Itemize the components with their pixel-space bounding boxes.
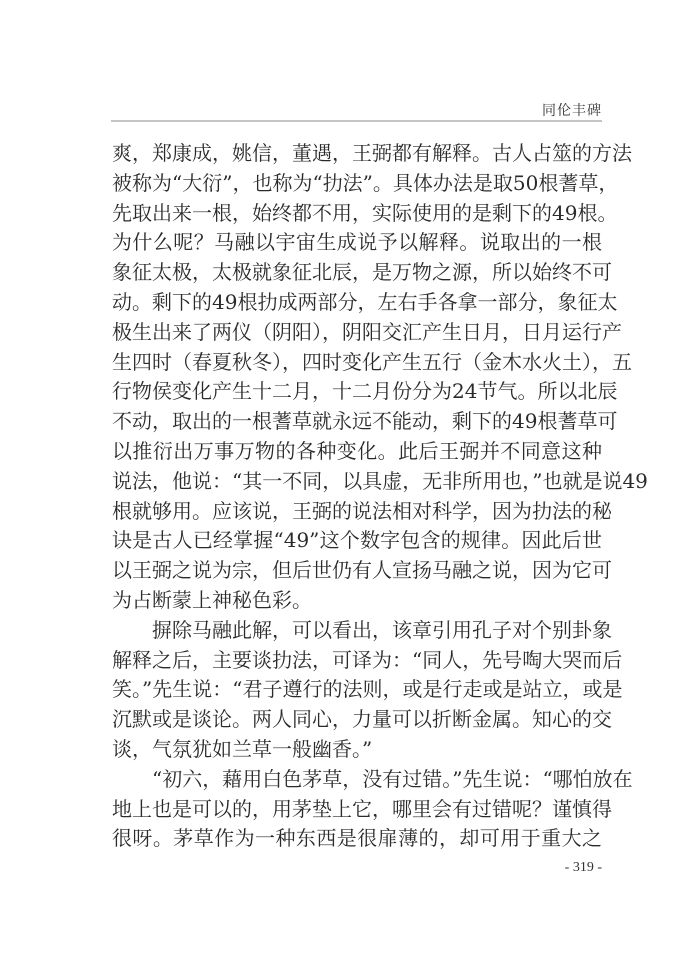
text-line: 爽，郑康成，姚信，董遇，王弼都有解释。古人占筮的方法: [112, 139, 602, 169]
text-line: 说法，他说：“其一不同，以具虚，无非所用也，”也就是说49: [112, 467, 602, 497]
header-rule: [111, 120, 602, 122]
text-line: 不动，取出的一根蓍草就永远不能动，剩下的49根蓍草可: [112, 407, 602, 437]
text-line: 很呀。茅草作为一种东西是很扉薄的，却可用于重大之: [112, 824, 602, 854]
text-line: 解释之后，主要谈扐法，可译为：“同人，先号啕大哭而后: [112, 646, 602, 676]
text-line: 生四时（春夏秋冬），四时变化产生五行（金木水火土），五: [112, 348, 602, 378]
text-line: 以王弼之说为宗，但后世仍有人宣扬马融之说，因为它可: [112, 556, 602, 586]
text-line: 以推衍出万事万物的各种变化。此后王弼并不同意这种: [112, 437, 602, 467]
text-line: 极生出来了两仪（阴阳），阴阳交汇产生日月，日月运行产: [112, 318, 602, 348]
body-text: 爽，郑康成，姚信，董遇，王弼都有解释。古人占筮的方法 被称为“大衍”，也称为“扐…: [112, 139, 602, 854]
text-line: 沉默或是谈论。两人同心，力量可以折断金属。知心的交: [112, 705, 602, 735]
text-line: 象征太极，太极就象征北辰，是万物之源，所以始终不可: [112, 258, 602, 288]
text-line: 动。剩下的49根扐成两部分，左右手各拿一部分，象征太: [112, 288, 602, 318]
text-line: 地上也是可以的，用茅垫上它，哪里会有过错呢？谨慎得: [112, 795, 602, 825]
text-line: 先取出来一根，始终都不用，实际使用的是剩下的49根。: [112, 199, 602, 229]
text-line: 诀是古人已经掌握“49”这个数字包含的规律。因此后世: [112, 526, 602, 556]
text-line: 谈，气氛犹如兰草一般幽香。”: [112, 735, 602, 765]
running-head-title: 同伦丰碑: [542, 100, 602, 120]
text-line: 为什么呢？马融以宇宙生成说予以解释。说取出的一根: [112, 228, 602, 258]
text-line: 被称为“大衍”，也称为“扐法”。具体办法是取50根蓍草，: [112, 169, 602, 199]
text-line: 笑。”先生说：“君子遵行的法则，或是行走或是站立，或是: [112, 675, 602, 705]
text-line: 为占断蒙上神秘色彩。: [112, 586, 602, 616]
text-line: 行物侯变化产生十二月，十二月份分为24节气。所以北辰: [112, 377, 602, 407]
text-line: 根就够用。应该说，王弼的说法相对科学，因为扐法的秘: [112, 497, 602, 527]
paragraph-start-line: “初六，藉用白色茅草，没有过错。”先生说：“哪怕放在: [112, 765, 602, 795]
paragraph-start-line: 摒除马融此解，可以看出，该章引用孔子对个别卦象: [112, 616, 602, 646]
page-number: - 319 -: [548, 860, 602, 876]
